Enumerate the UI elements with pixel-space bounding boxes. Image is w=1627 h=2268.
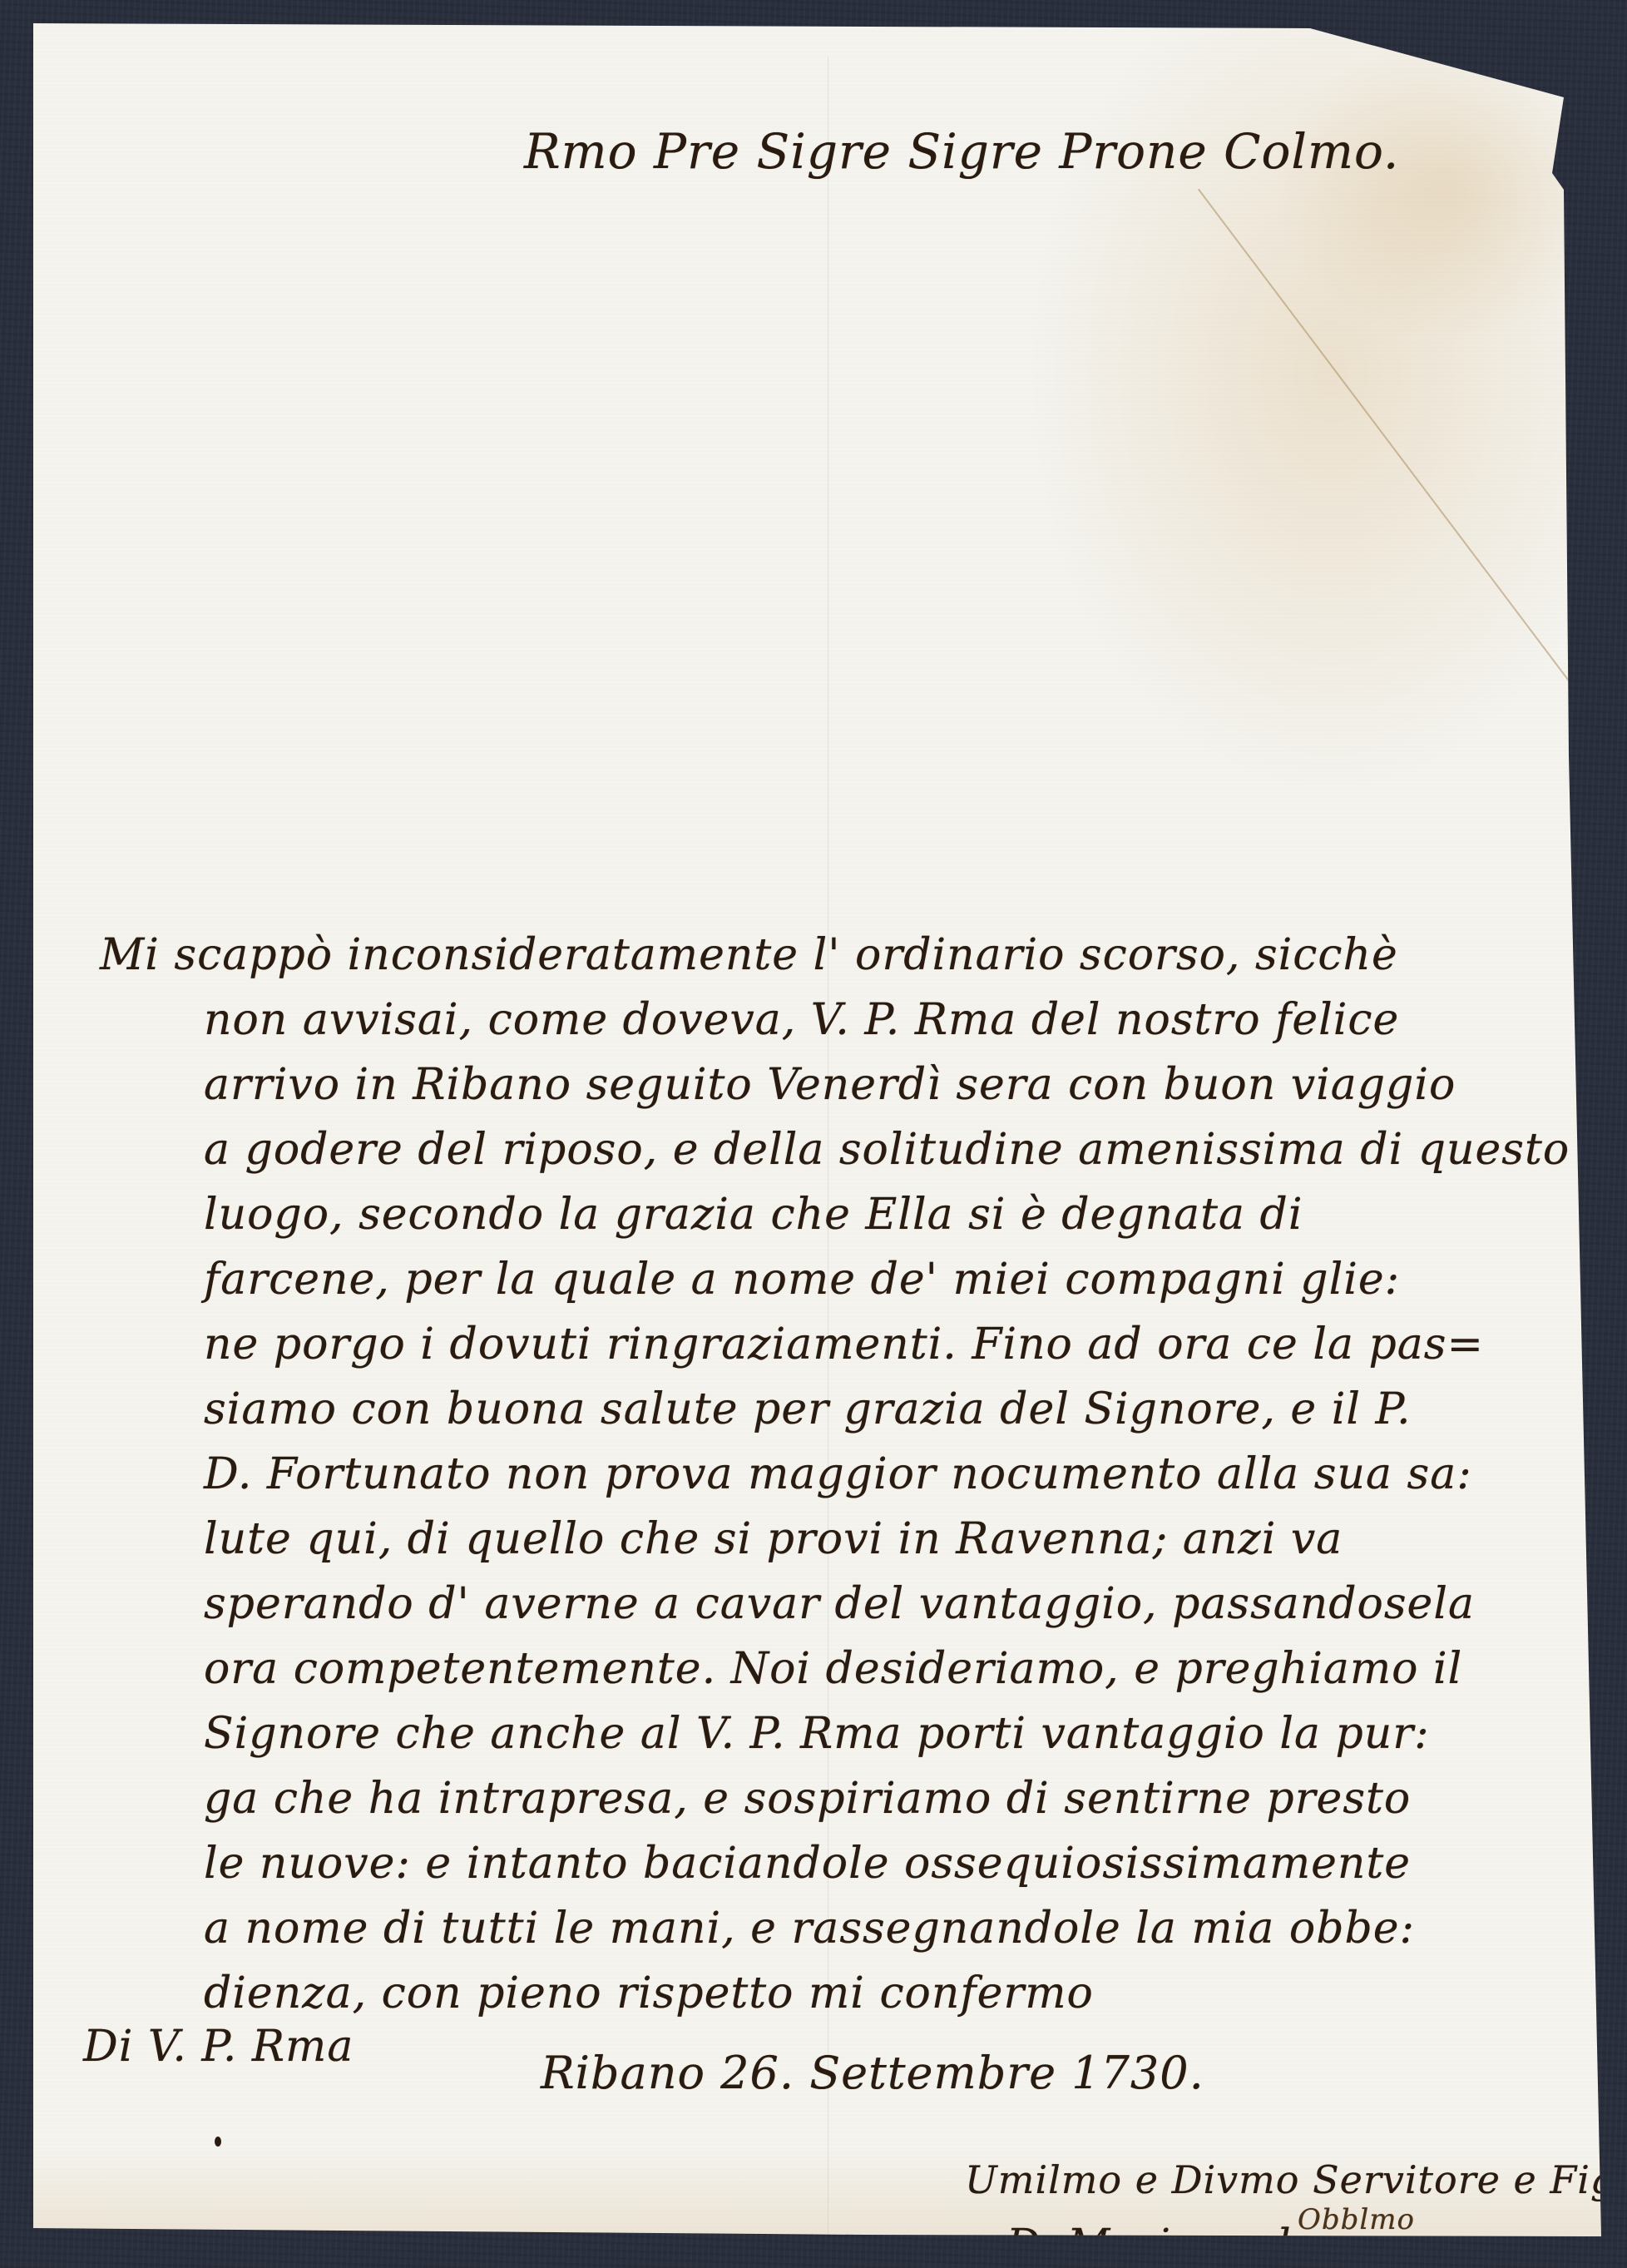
salutation: Rmo Pre Sigre Sigre Prone Colmo. bbox=[524, 123, 1399, 180]
letter-sheet: Rmo Pre Sigre Sigre Prone Colmo. Mi scap… bbox=[33, 23, 1601, 2236]
body-line: D. Fortunato non prova maggior nocumento… bbox=[204, 1449, 1472, 1499]
body-line: dienza, con pieno rispetto mi confermo bbox=[204, 1968, 1094, 2018]
body-line: ora competentemente. Noi desideriamo, e … bbox=[204, 1644, 1462, 1694]
body-line: lute qui, di quello che si provi in Rave… bbox=[204, 1514, 1343, 1564]
body-line: ga che ha intrapresa, e sospiriamo di se… bbox=[204, 1774, 1411, 1824]
body-line: sperando d' averne a cavar del vantaggio… bbox=[204, 1579, 1475, 1629]
body-line: arrivo in Ribano seguito Venerdì sera co… bbox=[204, 1060, 1456, 1110]
signature-abbreviation: Obblmo bbox=[1298, 2203, 1415, 2236]
signature-title: Umilmo e Divmo Servitore e Figliuolo bbox=[965, 2157, 1627, 2202]
body-line: a godere del riposo, e della solitudine … bbox=[204, 1125, 1570, 1175]
closing-address: Di V. P. Rma bbox=[83, 2022, 354, 2072]
body-line: Signore che anche al V. P. Rma porti van… bbox=[204, 1709, 1430, 1759]
ink-blot bbox=[215, 2137, 221, 2147]
body-line: farcene, per la quale a nome de' miei co… bbox=[204, 1255, 1400, 1305]
place-and-date: Ribano 26. Settembre 1730. bbox=[541, 2047, 1204, 2099]
body-line: siamo con buona salute per grazia del Si… bbox=[204, 1384, 1412, 1434]
fold-crease bbox=[1198, 189, 1580, 695]
body-line: non avvisai, come doveva, V. P. Rma del … bbox=[204, 995, 1399, 1045]
body-line: luogo, secondo la grazia che Ella si è d… bbox=[204, 1190, 1303, 1240]
body-line: Mi scappò inconsideratamente l' ordinari… bbox=[100, 930, 1398, 980]
body-line: a nome di tutti le mani, e rassegnandole… bbox=[204, 1904, 1415, 1954]
body-line: ne porgo i dovuti ringraziamenti. Fino a… bbox=[204, 1320, 1484, 1369]
body-line: le nuove: e intanto baciandole ossequios… bbox=[204, 1839, 1411, 1889]
signature-name: D. Mariangelo. bbox=[1006, 2220, 1331, 2268]
